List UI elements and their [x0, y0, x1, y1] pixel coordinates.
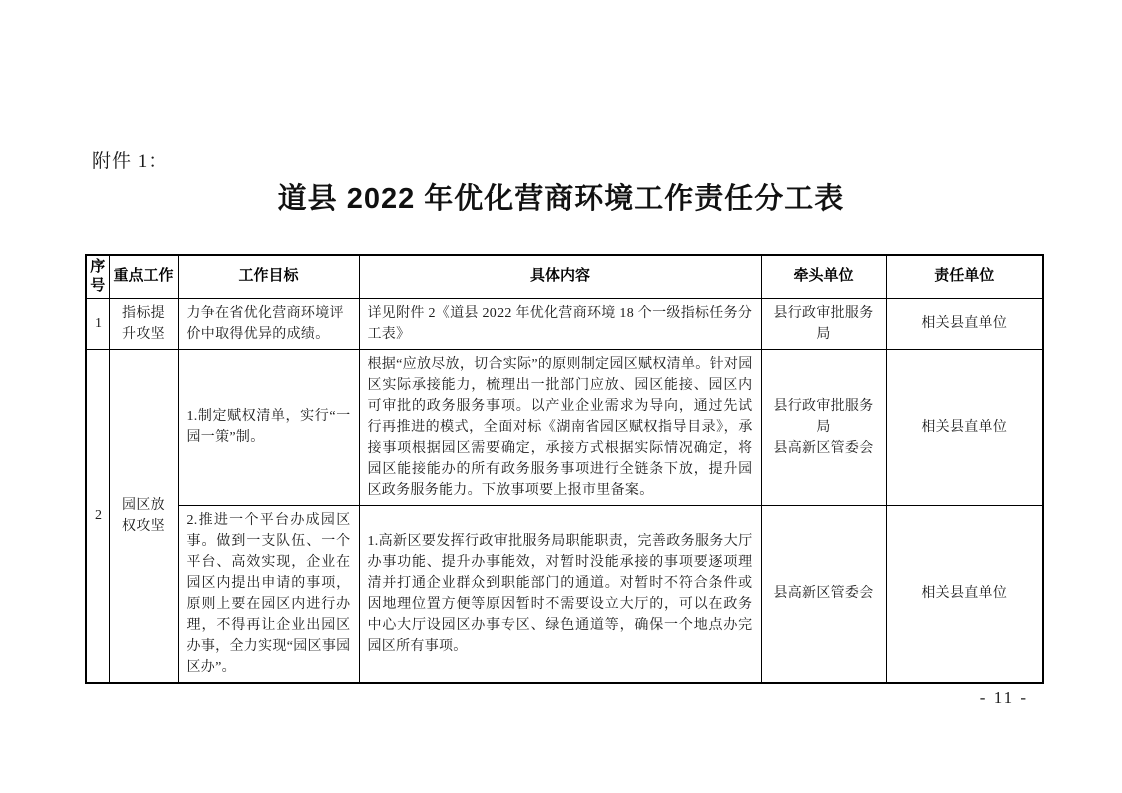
cell-index: 2 [86, 349, 109, 683]
cell-lead-unit: 县高新区管委会 [761, 505, 886, 683]
table-header-row: 序号 重点工作 工作目标 具体内容 牵头单位 责任单位 [86, 255, 1043, 298]
cell-index: 1 [86, 298, 109, 349]
col-header-key-work: 重点工作 [109, 255, 178, 298]
responsibility-table: 序号 重点工作 工作目标 具体内容 牵头单位 责任单位 1 指标提升攻坚 力争在… [85, 254, 1044, 684]
attachment-label: 附件 1： [92, 146, 168, 173]
table-row: 1 指标提升攻坚 力争在省优化营商环境评价中取得优异的成绩。 详见附件 2《道县… [86, 298, 1043, 349]
page-number: - 11 - [980, 688, 1028, 708]
col-header-content: 具体内容 [359, 255, 761, 298]
cell-key-work: 园区放权攻坚 [109, 349, 178, 683]
col-header-responsible-unit: 责任单位 [886, 255, 1043, 298]
cell-goal: 力争在省优化营商环境评价中取得优异的成绩。 [178, 298, 359, 349]
cell-responsible-unit: 相关县直单位 [886, 298, 1043, 349]
page-title: 道县 2022 年优化营商环境工作责任分工表 [0, 176, 1122, 217]
cell-responsible-unit: 相关县直单位 [886, 505, 1043, 683]
cell-content: 详见附件 2《道县 2022 年优化营商环境 18 个一级指标任务分工表》 [359, 298, 761, 349]
table-row: 2.推进一个平台办成园区事。做到一支队伍、一个平台、高效实现，企业在园区内提出申… [86, 505, 1043, 683]
cell-content: 根据“应放尽放，切合实际”的原则制定园区赋权清单。针对园区实际承接能力，梳理出一… [359, 349, 761, 505]
col-header-goal: 工作目标 [178, 255, 359, 298]
table-row: 2 园区放权攻坚 1.制定赋权清单，实行“一园一策”制。 根据“应放尽放，切合实… [86, 349, 1043, 505]
cell-content: 1.高新区要发挥行政审批服务局职能职责，完善政务服务大厅办事功能、提升办事能效，… [359, 505, 761, 683]
col-header-lead-unit: 牵头单位 [761, 255, 886, 298]
cell-goal: 2.推进一个平台办成园区事。做到一支队伍、一个平台、高效实现，企业在园区内提出申… [178, 505, 359, 683]
cell-key-work: 指标提升攻坚 [109, 298, 178, 349]
cell-lead-unit: 县行政审批服务局 县高新区管委会 [761, 349, 886, 505]
col-header-index: 序号 [86, 255, 109, 298]
cell-responsible-unit: 相关县直单位 [886, 349, 1043, 505]
cell-lead-unit: 县行政审批服务局 [761, 298, 886, 349]
cell-goal: 1.制定赋权清单，实行“一园一策”制。 [178, 349, 359, 505]
document-page: 附件 1： 道县 2022 年优化营商环境工作责任分工表 序号 重点工作 工作目… [0, 0, 1122, 793]
